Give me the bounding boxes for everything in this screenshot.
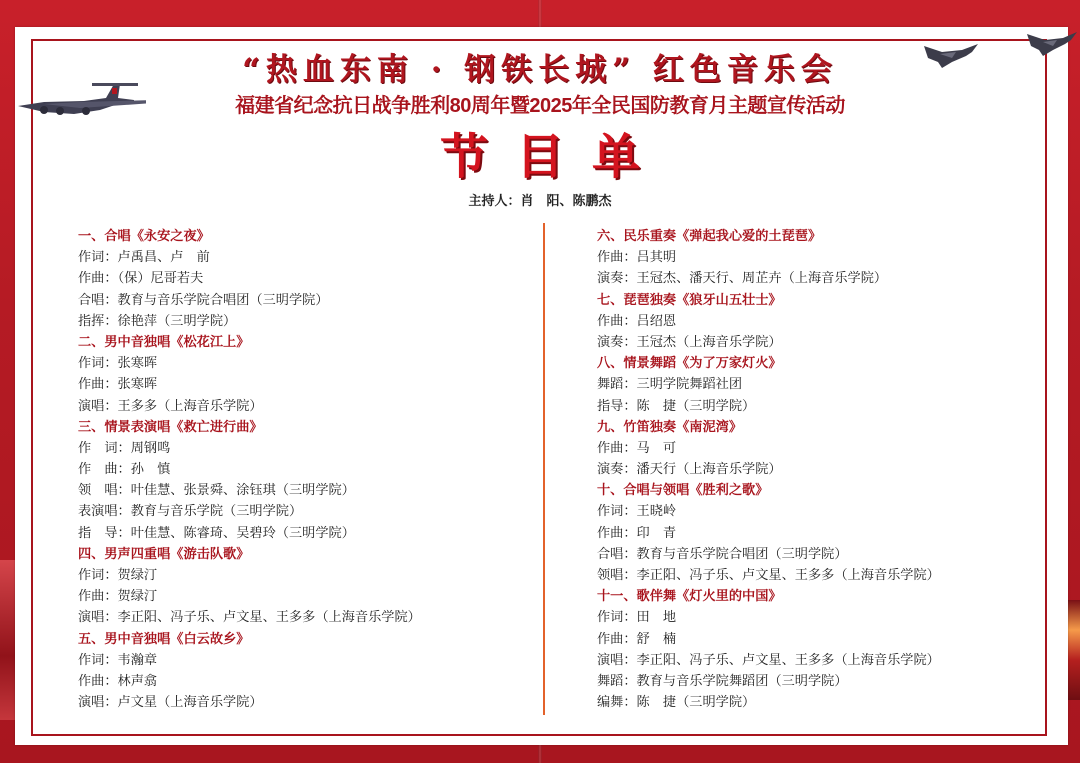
program-item: 八、情景舞蹈《为了万家灯火》舞蹈：三明学院舞蹈社团指导：陈 捷（三明学院）	[597, 353, 1037, 417]
program-item: 二、男中音独唱《松花江上》作词：张寒晖作曲：张寒晖演唱：王多多（上海音乐学院）	[78, 332, 518, 417]
program-credit-line: 作词：贺绿汀	[78, 565, 518, 586]
program-credit-line: 演唱：王多多（上海音乐学院）	[78, 396, 518, 417]
program-credit-line: 演唱：李正阳、冯子乐、卢文星、王多多（上海音乐学院）	[78, 607, 518, 628]
program-credit-line: 作曲：林声翕	[78, 671, 518, 692]
program-credit-line: 领 唱：叶佳慧、张景舜、涂钰琪（三明学院）	[78, 480, 518, 501]
hosts-line: 主持人：肖 阳、陈鹏杰	[0, 190, 1080, 209]
program-credit-line: 作曲：舒 楠	[597, 629, 1037, 650]
program-item: 一、合唱《永安之夜》作词：卢禹昌、卢 前作曲：（保）尼哥若夫合唱：教育与音乐学院…	[78, 226, 518, 332]
program-credit-line: 演奏：潘天行（上海音乐学院）	[597, 459, 1037, 480]
program-heading: 四、男声四重唱《游击队歌》	[78, 544, 518, 565]
program-credit-line: 作词：王晓岭	[597, 501, 1037, 522]
program-credit-line: 作词：韦瀚章	[78, 650, 518, 671]
program-item: 十、合唱与领唱《胜利之歌》作词：王晓岭作曲：印 青合唱：教育与音乐学院合唱团（三…	[597, 480, 1037, 586]
program-credit-line: 演唱：卢文星（上海音乐学院）	[78, 692, 518, 713]
program-credit-line: 指导：陈 捷（三明学院）	[597, 396, 1037, 417]
program-credit-line: 作词：卢禹昌、卢 前	[78, 247, 518, 268]
program-heading: 二、男中音独唱《松花江上》	[78, 332, 518, 353]
program-heading: 十、合唱与领唱《胜利之歌》	[597, 480, 1037, 501]
program-heading: 九、竹笛独奏《南泥湾》	[597, 417, 1037, 438]
program-credit-line: 作曲：张寒晖	[78, 374, 518, 395]
program-item: 十一、歌伴舞《灯火里的中国》作词：田 地作曲：舒 楠演唱：李正阳、冯子乐、卢文星…	[597, 586, 1037, 713]
program-credit-line: 作曲：马 可	[597, 438, 1037, 459]
program-credit-line: 指挥：徐艳萍（三明学院）	[78, 311, 518, 332]
program-heading: 八、情景舞蹈《为了万家灯火》	[597, 353, 1037, 374]
program-credit-line: 合唱：教育与音乐学院合唱团（三明学院）	[597, 544, 1037, 565]
program-credit-line: 演唱：李正阳、冯子乐、卢文星、王多多（上海音乐学院）	[597, 650, 1037, 671]
program-column-right: 六、民乐重奏《弹起我心爱的土琵琶》作曲：吕其明演奏：王冠杰、潘天行、周芷卉（上海…	[597, 226, 1037, 713]
program-item: 四、男声四重唱《游击队歌》作词：贺绿汀作曲：贺绿汀演唱：李正阳、冯子乐、卢文星、…	[78, 544, 518, 629]
program-heading: 十一、歌伴舞《灯火里的中国》	[597, 586, 1037, 607]
program-credit-line: 作曲：印 青	[597, 523, 1037, 544]
program-item: 九、竹笛独奏《南泥湾》作曲：马 可演奏：潘天行（上海音乐学院）	[597, 417, 1037, 481]
program-credit-line: 作曲：（保）尼哥若夫	[78, 268, 518, 289]
program-item: 三、情景表演唱《救亡进行曲》作 词：周钢鸣作 曲：孙 慎领 唱：叶佳慧、张景舜、…	[78, 417, 518, 544]
event-subtitle: 福建省纪念抗日战争胜利80周年暨2025年全民国防教育月主题宣传活动	[0, 89, 1080, 118]
program-credit-line: 编舞：陈 捷（三明学院）	[597, 692, 1037, 713]
program-title: 节目单	[0, 118, 1080, 187]
program-credit-line: 作词：张寒晖	[78, 353, 518, 374]
program-credit-line: 指 导：叶佳慧、陈睿琦、吴碧玲（三明学院）	[78, 523, 518, 544]
column-divider	[543, 223, 545, 715]
program-heading: 六、民乐重奏《弹起我心爱的土琵琶》	[597, 226, 1037, 247]
program-credit-line: 作曲：贺绿汀	[78, 586, 518, 607]
program-item: 五、男中音独唱《白云故乡》作词：韦瀚章作曲：林声翕演唱：卢文星（上海音乐学院）	[78, 629, 518, 714]
program-item: 七、琵琶独奏《狼牙山五壮士》作曲：吕绍恩演奏：王冠杰（上海音乐学院）	[597, 290, 1037, 354]
background-decoration-right	[1066, 600, 1080, 700]
program-item: 六、民乐重奏《弹起我心爱的土琵琶》作曲：吕其明演奏：王冠杰、潘天行、周芷卉（上海…	[597, 226, 1037, 290]
program-credit-line: 作 曲：孙 慎	[78, 459, 518, 480]
program-heading: 三、情景表演唱《救亡进行曲》	[78, 417, 518, 438]
program-credit-line: 作 词：周钢鸣	[78, 438, 518, 459]
program-heading: 五、男中音独唱《白云故乡》	[78, 629, 518, 650]
program-credit-line: 作曲：吕其明	[597, 247, 1037, 268]
program-heading: 一、合唱《永安之夜》	[78, 226, 518, 247]
hosts-names: 肖 阳、陈鹏杰	[521, 194, 612, 209]
program-credit-line: 领唱：李正阳、冯子乐、卢文星、王多多（上海音乐学院）	[597, 565, 1037, 586]
program-credit-line: 表演唱：教育与音乐学院（三明学院）	[78, 501, 518, 522]
program-column-left: 一、合唱《永安之夜》作词：卢禹昌、卢 前作曲：（保）尼哥若夫合唱：教育与音乐学院…	[78, 226, 518, 713]
program-credit-line: 合唱：教育与音乐学院合唱团（三明学院）	[78, 290, 518, 311]
program-credit-line: 演奏：王冠杰、潘天行、周芷卉（上海音乐学院）	[597, 268, 1037, 289]
program-heading: 七、琵琶独奏《狼牙山五壮士》	[597, 290, 1037, 311]
program-credit-line: 作词：田 地	[597, 607, 1037, 628]
program-credit-line: 作曲：吕绍恩	[597, 311, 1037, 332]
program-credit-line: 舞蹈：三明学院舞蹈社团	[597, 374, 1037, 395]
program-credit-line: 演奏：王冠杰（上海音乐学院）	[597, 332, 1037, 353]
hosts-label: 主持人：	[468, 194, 520, 209]
concert-title: “热血东南 · 钢铁长城” 红色音乐会	[0, 44, 1080, 89]
program-credit-line: 舞蹈：教育与音乐学院舞蹈团（三明学院）	[597, 671, 1037, 692]
